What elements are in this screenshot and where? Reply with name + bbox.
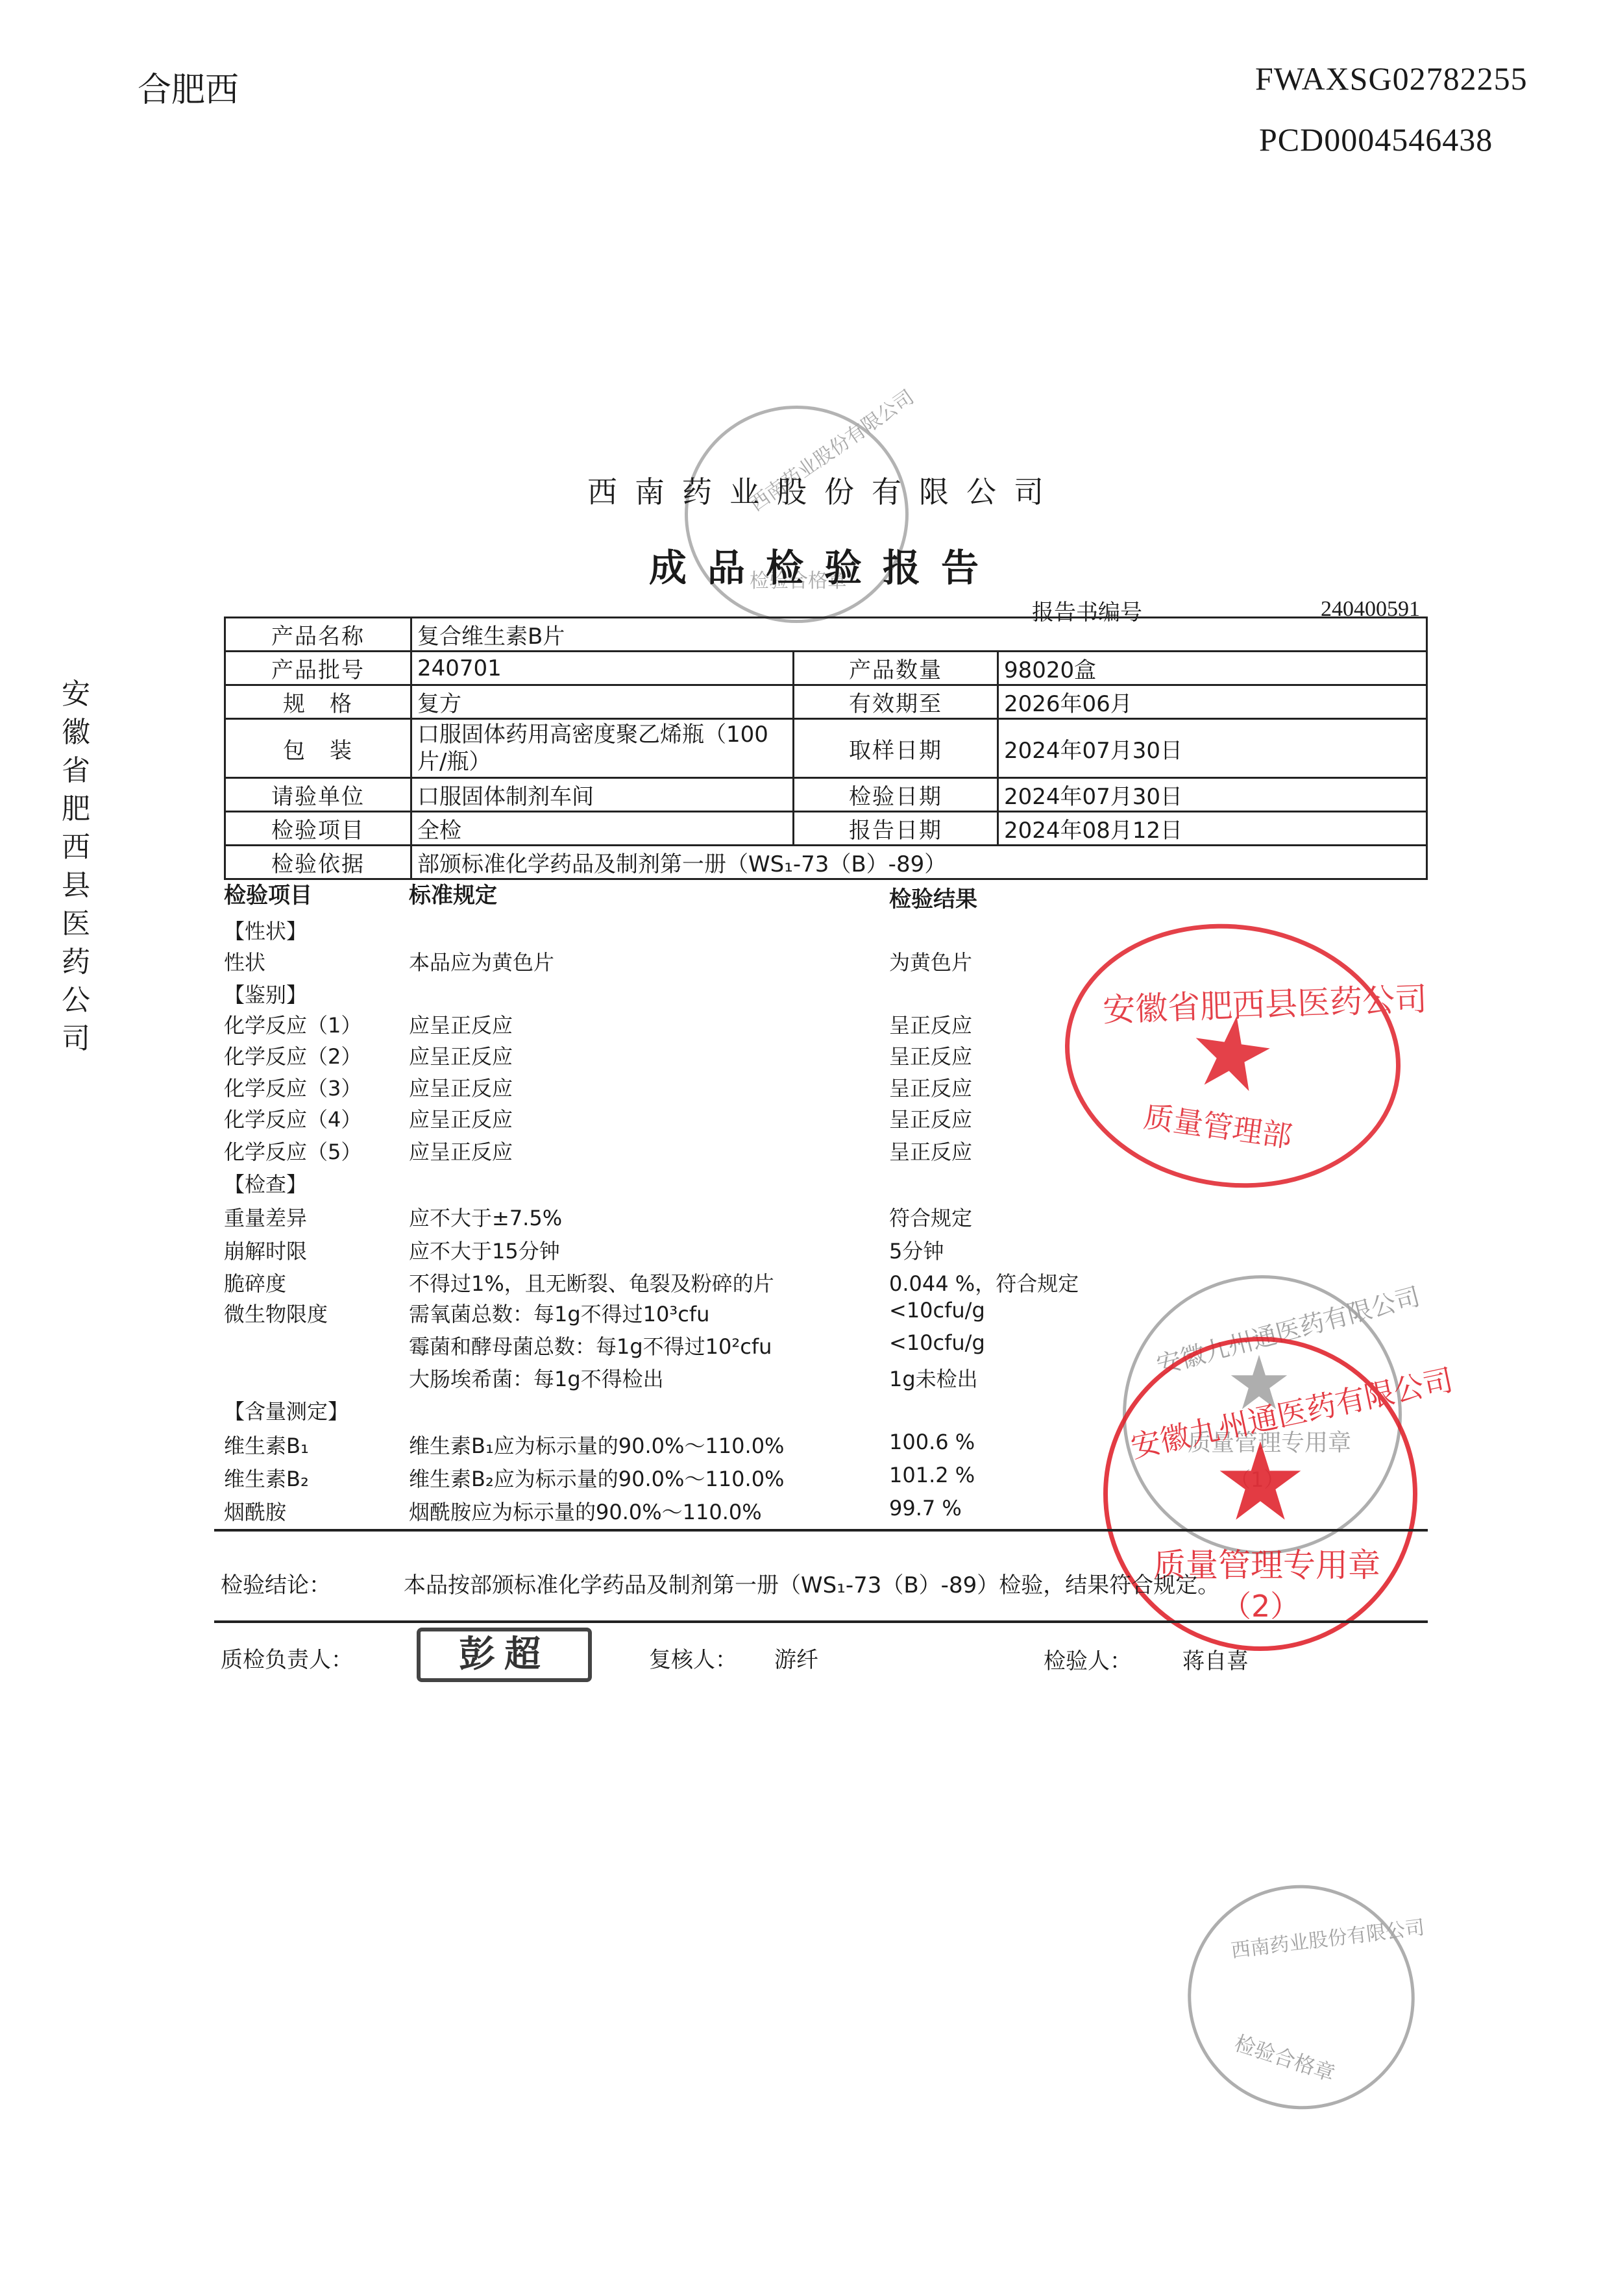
- jiuzhoutong-stamp-2: 安徽九州通医药有限公司 质量管理专用章 （2）: [1103, 1337, 1417, 1651]
- result-result: 呈正反应: [889, 1072, 972, 1102]
- report-date-value: 2024年08月12日: [998, 812, 1427, 846]
- divider: [214, 1620, 1428, 1623]
- stamp-text-bottom: 质量管理部: [1142, 1093, 1295, 1156]
- result-item: 重量差异: [224, 1202, 307, 1232]
- result-item: 化学反应（2）: [224, 1040, 361, 1070]
- product-info-table: 产品名称 复合维生素B片 产品批号 240701 产品数量 98020盒 规 格…: [224, 617, 1428, 880]
- spec-value: 复方: [411, 685, 794, 719]
- result-standard: 不得过1%，且无断裂、龟裂及粉碎的片: [409, 1267, 774, 1297]
- conclusion-text: 本品按部颁标准化学药品及制剂第一册（WS₁-73（B）-89）检验，结果符合规定…: [404, 1567, 1219, 1599]
- table-row: 产品名称 复合维生素B片: [225, 618, 1427, 652]
- star-icon: [1188, 1008, 1276, 1097]
- product-name-value: 复合维生素B片: [411, 618, 1427, 652]
- side-vertical-company-name: 安徽省肥西县医药公司: [60, 675, 92, 1058]
- table-row: 检验项目 全检 报告日期 2024年08月12日: [225, 812, 1427, 846]
- result-standard: 本品应为黄色片: [409, 946, 554, 976]
- table-row: 产品批号 240701 产品数量 98020盒: [225, 652, 1427, 685]
- result-item: 崩解时限: [224, 1235, 307, 1265]
- table-row: 包 装 口服固体药用高密度聚乙烯瓶（100片/瓶） 取样日期 2024年07月3…: [225, 719, 1427, 778]
- page-title: 成品检验报告: [649, 537, 999, 592]
- requester-label: 请验单位: [225, 778, 411, 812]
- result-standard: 烟酰胺应为标示量的90.0%～110.0%: [409, 1496, 762, 1526]
- report-date-label: 报告日期: [794, 812, 998, 846]
- result-item: 烟酰胺: [224, 1496, 286, 1526]
- stamp-text-bottom: 检验合格章: [1231, 2027, 1339, 2087]
- test-date-value: 2024年07月30日: [998, 778, 1427, 812]
- divider: [214, 1529, 1428, 1532]
- result-item: 性状: [224, 946, 265, 976]
- result-result: <10cfu/g: [889, 1330, 985, 1355]
- result-standard: 应呈正反应: [409, 1136, 513, 1166]
- reviewer-name: 游纤: [774, 1642, 818, 1674]
- results-header-standard: 标准规定: [409, 877, 497, 909]
- hefei-quality-stamp: 安徽省肥西县医药公司 质量管理部: [1047, 903, 1417, 1209]
- stamp-number: （2）: [1221, 1583, 1300, 1626]
- result-item: 【性状】: [224, 915, 307, 945]
- package-value: 口服固体药用高密度聚乙烯瓶（100片/瓶）: [411, 719, 794, 778]
- result-standard: 应呈正反应: [409, 1103, 513, 1133]
- result-standard: 霉菌和酵母菌总数：每1g不得过10²cfu: [409, 1330, 772, 1360]
- result-result: 99.7 %: [889, 1496, 962, 1520]
- top-left-handwritten-label: 合肥西: [138, 62, 239, 111]
- result-item: 化学反应（4）: [224, 1103, 361, 1133]
- result-standard: 维生素B₁应为标示量的90.0%～110.0%: [409, 1430, 784, 1459]
- sample-date-value: 2024年07月30日: [998, 719, 1427, 778]
- result-standard: 应呈正反应: [409, 1040, 513, 1070]
- result-item: 维生素B₂: [224, 1463, 309, 1493]
- result-result: <10cfu/g: [889, 1298, 985, 1323]
- inspector-name: 蒋自喜: [1182, 1643, 1249, 1675]
- quantity-label: 产品数量: [794, 652, 998, 685]
- quantity-value: 98020盒: [998, 652, 1427, 685]
- result-item: 【含量测定】: [224, 1395, 349, 1425]
- qc-head-signature-stamp: 彭超: [417, 1628, 592, 1682]
- stamp-text-top: 西南药业股份有限公司: [1229, 1911, 1426, 1963]
- basis-value: 部颁标准化学药品及制剂第一册（WS₁-73（B）-89）: [411, 846, 1427, 879]
- test-date-label: 检验日期: [794, 778, 998, 812]
- tracking-code-2: PCD0004546438: [1259, 121, 1493, 158]
- requester-value: 口服固体制剂车间: [411, 778, 794, 812]
- result-item: 【鉴别】: [224, 979, 307, 1008]
- results-header-item: 检验项目: [224, 877, 312, 909]
- table-row: 规 格 复方 有效期至 2026年06月: [225, 685, 1427, 719]
- test-item-label: 检验项目: [225, 812, 411, 846]
- result-result: 呈正反应: [889, 1040, 972, 1070]
- result-item: 微生物限度: [224, 1298, 328, 1328]
- result-result: 5分钟: [889, 1235, 944, 1265]
- expiry-value: 2026年06月: [998, 685, 1427, 719]
- sample-date-label: 取样日期: [794, 719, 998, 778]
- reviewer-label: 复核人：: [649, 1642, 737, 1674]
- result-result: 呈正反应: [889, 1009, 972, 1039]
- result-item: 化学反应（3）: [224, 1072, 361, 1102]
- batch-value: 240701: [411, 652, 794, 685]
- result-standard: 应不大于±7.5%: [409, 1202, 562, 1232]
- result-result: 呈正反应: [889, 1103, 972, 1133]
- table-row: 请验单位 口服固体制剂车间 检验日期 2024年07月30日: [225, 778, 1427, 812]
- table-row: 检验依据 部颁标准化学药品及制剂第一册（WS₁-73（B）-89）: [225, 846, 1427, 879]
- result-standard: 应呈正反应: [409, 1009, 513, 1039]
- result-result: 1g未检出: [889, 1363, 978, 1393]
- result-item: 化学反应（5）: [224, 1136, 361, 1166]
- batch-label: 产品批号: [225, 652, 411, 685]
- product-name-label: 产品名称: [225, 618, 411, 652]
- result-item: 脆碎度: [224, 1267, 286, 1297]
- result-standard: 应呈正反应: [409, 1072, 513, 1102]
- result-standard: 需氧菌总数：每1g不得过10³cfu: [409, 1298, 709, 1328]
- tracking-code-1: FWAXSG02782255: [1255, 60, 1528, 97]
- package-label: 包 装: [225, 719, 411, 778]
- result-result: 符合规定: [889, 1202, 972, 1232]
- result-standard: 大肠埃希菌：每1g不得检出: [409, 1363, 664, 1393]
- inspector-label: 检验人：: [1044, 1643, 1132, 1675]
- conclusion-label: 检验结论：: [221, 1567, 331, 1599]
- expiry-label: 有效期至: [794, 685, 998, 719]
- result-standard: 维生素B₂应为标示量的90.0%～110.0%: [409, 1463, 784, 1493]
- qc-head-label: 质检负责人：: [221, 1642, 353, 1674]
- result-standard: 应不大于15分钟: [409, 1235, 560, 1265]
- star-icon: [1218, 1439, 1303, 1523]
- results-header-result: 检验结果: [889, 881, 977, 913]
- result-result: 101.2 %: [889, 1463, 975, 1487]
- result-result: 呈正反应: [889, 1136, 972, 1166]
- bottom-inspection-stamp: 西南药业股份有限公司 检验合格章: [1158, 1855, 1443, 2138]
- company-name: 西南药业股份有限公司: [587, 469, 1061, 511]
- result-item: 【检查】: [224, 1168, 307, 1198]
- basis-label: 检验依据: [225, 846, 411, 879]
- spec-label: 规 格: [225, 685, 411, 719]
- result-result: 100.6 %: [889, 1430, 975, 1454]
- result-result: 为黄色片: [889, 946, 972, 976]
- test-item-value: 全检: [411, 812, 794, 846]
- result-result: 0.044 %，符合规定: [889, 1267, 1079, 1297]
- result-item: 维生素B₁: [224, 1430, 309, 1459]
- result-item: 化学反应（1）: [224, 1009, 361, 1039]
